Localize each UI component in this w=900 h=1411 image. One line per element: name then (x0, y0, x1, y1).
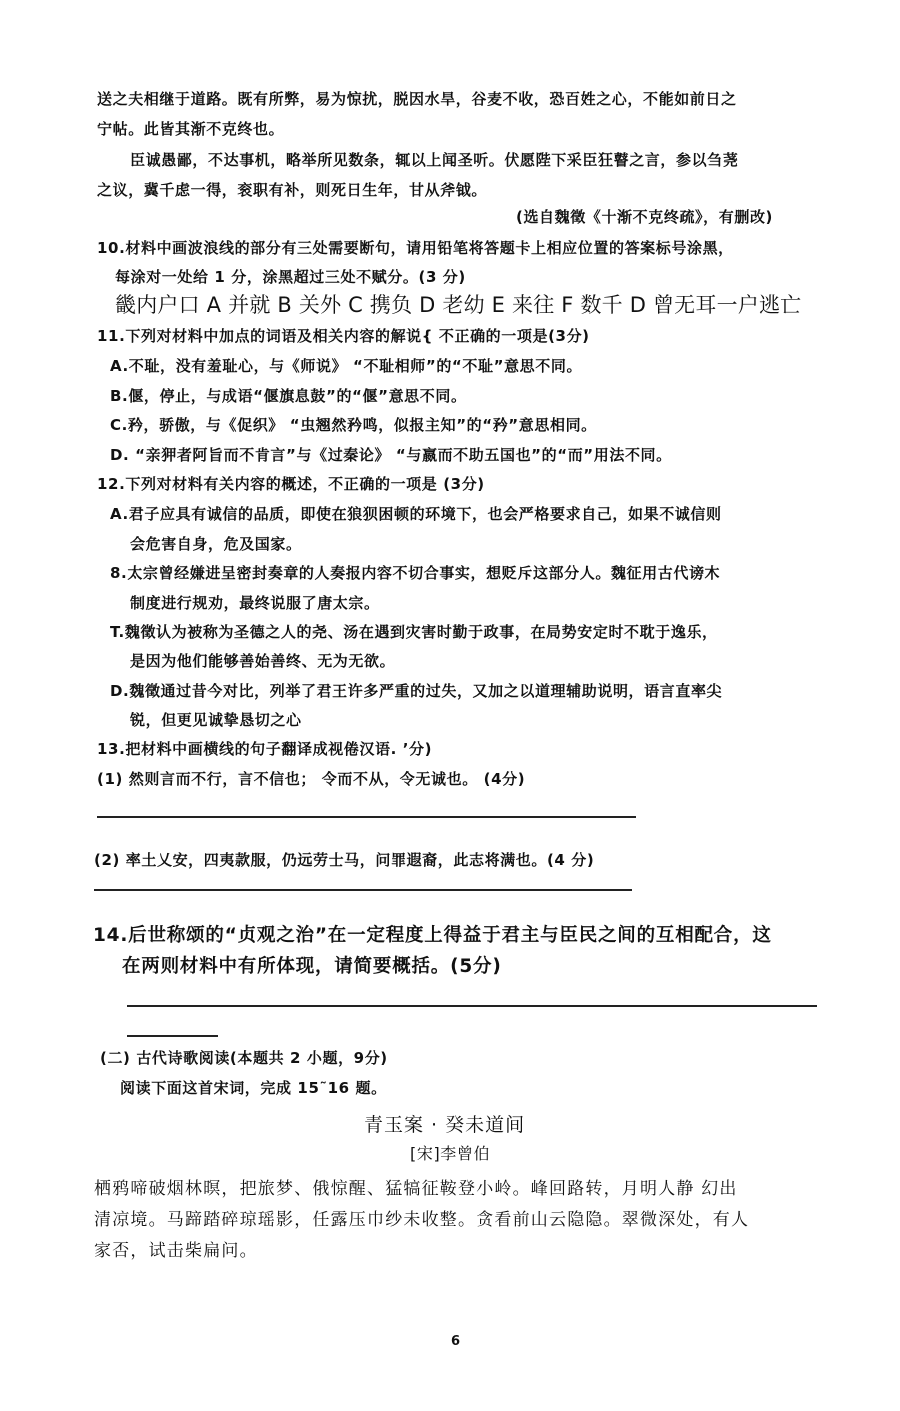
question-13-item-2: (2) 率土乂安，四夷款服，仍远劳士马，问罪遐裔，此志将满也。(4 分) (94, 850, 594, 870)
question-12-option-b: 制度进行规劝，最终说服了唐太宗。 (130, 593, 380, 613)
passage-line: 送之夫相继于道路。既有所弊，易为惊扰，脱因水旱，谷麦不收，恐百姓之心，不能如前日… (97, 89, 737, 109)
poem-line: 清凉境。马蹄踏碎琼瑶影，任露压巾纱未收整。贪看前山云隐隐。翠微深处，有人 (94, 1209, 749, 1231)
question-14-stem: 在两则材料中有所体现，请简要概括。(5分) (122, 955, 502, 979)
question-13-stem: 13.把材料中画横线的句子翻译成视倦汉语. ’分) (97, 739, 432, 759)
question-10-stem: 每涂对一处给 1 分，涂黑超过三处不赋分。(3 分) (115, 267, 466, 287)
question-11-option-a: A.不耻，没有羞耻心，与《师说》 “不耻相师”的“不耻”意思不同。 (110, 356, 582, 376)
passage-source: (选自魏徵《十渐不克终疏》，有删改) (516, 207, 773, 227)
question-12-option-a: A.君子应具有诚信的品质，即使在狼狈困顿的环境下，也会严格要求自己，如果不诚信则 (110, 504, 722, 524)
question-11-option-b: B.偃，停止，与成语“偃旗息鼓”的“偃”意思不同。 (110, 386, 467, 406)
question-11-stem: 11.下列对材料中加点的词语及相关内容的解说{ 不正确的一项是(3分) (97, 326, 590, 346)
question-12-option-d: 锐，但更见诚挚恳切之心 (130, 710, 302, 730)
passage-line: 臣诚愚鄙，不达事机，略举所见数条，辄以上闻圣听。伏愿陛下采臣狂瞽之言，参以刍荛 (130, 150, 738, 170)
poem-line: 家否，试击柴扁问。 (94, 1240, 258, 1262)
question-11-option-d: D. “亲狎者阿旨而不肯言”与《过秦论》 “与嬴而不助五国也”的“而”用法不同。 (110, 445, 672, 465)
question-12-stem: 12.下列对材料有关内容的概述，不正确的一项是 (3分) (97, 474, 485, 494)
page-number: 6 (451, 1334, 460, 1349)
answer-line[interactable] (94, 889, 632, 891)
passage-line: 宁帖。此皆其渐不克终也。 (97, 119, 284, 139)
question-12-option-c: T.魏徵认为被称为圣德之人的尧、汤在遇到灾害时勤于政事，在局势安定时不耽于逸乐， (110, 622, 718, 642)
passage-line: 之议，冀千虑一得，衮职有补，则死日生年，甘从斧钺。 (97, 180, 487, 200)
poem-author: [宋]李曾伯 (410, 1144, 490, 1164)
question-10-stem: 10.材料中画波浪线的部分有三处需要断句，请用铅笔将答题卡上相应位置的答案标号涂… (97, 238, 734, 258)
question-12-option-c: 是因为他们能够善始善终、无为无欲。 (130, 651, 395, 671)
answer-line[interactable] (127, 1035, 218, 1037)
section-heading: (二) 古代诗歌阅读(本题共 2 小题，9分) (100, 1048, 388, 1068)
question-12-option-b: 8.太宗曾经嫌进呈密封奏章的人奏报内容不切合事实，想贬斥这部分人。魏征用古代谤木 (110, 563, 720, 583)
question-12-option-d: D.魏徵通过昔今对比，列举了君王许多严重的过失，又加之以道理辅助说明，语言直率尖 (110, 681, 722, 701)
answer-line[interactable] (97, 816, 636, 818)
question-12-option-a: 会危害自身，危及国家。 (130, 534, 302, 554)
question-11-option-c: C.矜，骄傲，与《促织》 “虫翘然矜鸣，似报主知”的“矜”意思相同。 (110, 415, 597, 435)
question-13-item-1: (1) 然则言而不行，言不信也； 令而不从，令无诚也。 (4分) (97, 769, 525, 789)
section-instruction: 阅读下面这首宋词，完成 15˜16 题。 (120, 1078, 387, 1098)
answer-line[interactable] (127, 1005, 817, 1007)
poem-title: 青玉案 · 癸未道间 (364, 1113, 525, 1137)
question-10-sentence: 畿内户口 A 并就 B 关外 C 携负 D 老幼 E 来往 F 数千 D 曾无耳… (115, 292, 801, 318)
poem-line: 栖鸦啼破烟林暝，把旅梦、俄惊醒、猛犒征鞍登小岭。峰回路转，月明人静 幻出 (94, 1178, 738, 1200)
question-14-stem: 14.后世称颂的“贞观之治”在一定程度上得益于君主与臣民之间的互相配合，这 (93, 924, 772, 948)
